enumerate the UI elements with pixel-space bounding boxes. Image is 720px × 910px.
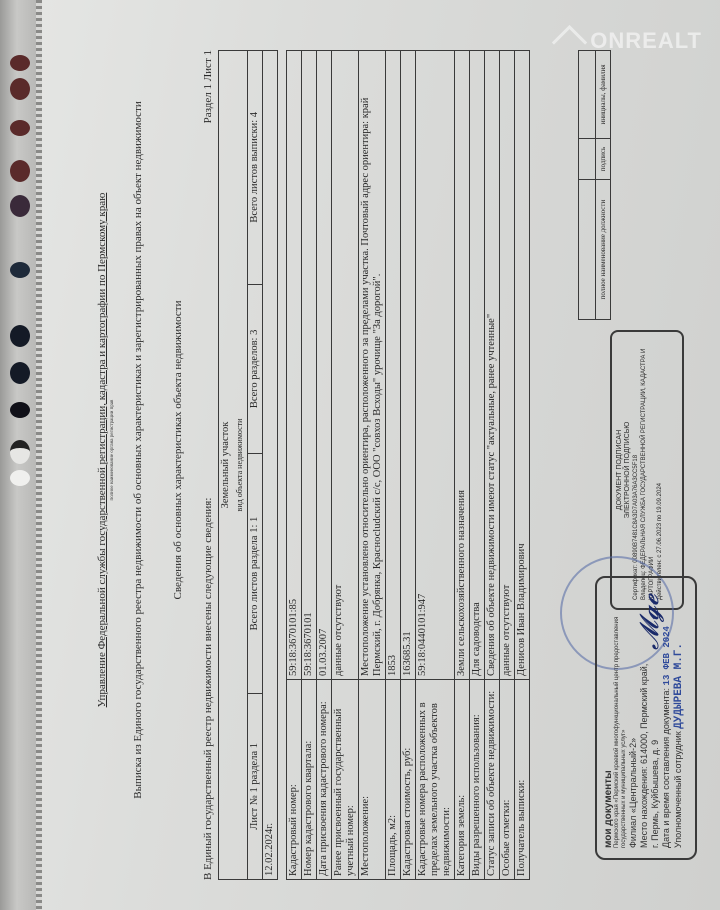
- row-label: Кадастровая стоимость, руб:: [401, 680, 416, 880]
- punch-hole: [10, 262, 30, 278]
- extract-date: 12.02.2024г.: [263, 51, 278, 880]
- row-value: Местоположение установлено относительно …: [359, 51, 386, 680]
- punch-hole: [10, 55, 30, 71]
- table-row: Площадь, м2:1853: [386, 51, 401, 880]
- table-row: Особые отметки:данные отсутствуют: [500, 51, 515, 880]
- punch-hole: [10, 402, 30, 418]
- row-label: Площадь, м2:: [386, 680, 401, 880]
- row-label: Виды разрешенного использования:: [470, 680, 485, 880]
- punch-hole: [10, 160, 30, 182]
- name-caption: инициалы, фамилия: [596, 51, 611, 139]
- row-value: 01.03.2007: [317, 51, 332, 680]
- row-value: данные отсутствуют: [332, 51, 359, 680]
- document-subtitle: Сведения об основных характеристиках объ…: [172, 20, 184, 880]
- row-label: Получатель выписки:: [515, 680, 530, 880]
- row-label: Местоположение:: [359, 680, 386, 880]
- mfc-logo: мои документы: [603, 588, 614, 848]
- row-label: Категория земель:: [455, 680, 470, 880]
- punch-hole: [10, 325, 30, 347]
- table-row: Кадастровые номера расположенных в преде…: [416, 51, 455, 880]
- row-label: Номер кадастрового квартала:: [302, 680, 317, 880]
- handwritten-signature: 𝓜𝓰𝓮: [635, 594, 666, 650]
- row-value: 59:18:3670101:85: [287, 51, 302, 680]
- row-label: Кадастровые номера расположенных в преде…: [416, 680, 455, 880]
- punch-hole: [10, 78, 30, 100]
- sections-total: Всего разделов: 3: [248, 284, 263, 454]
- sheets-in-section: Всего листов раздела 1: 1: [248, 454, 263, 694]
- row-value: 163685.31: [401, 51, 416, 680]
- table-row: Дата присвоения кадастрового номера:01.0…: [317, 51, 332, 880]
- row-label: Дата присвоения кадастрового номера:: [317, 680, 332, 880]
- position-caption: полное наименование должности: [596, 180, 611, 320]
- table-row: Получатель выписки:Денисов Иван Владимир…: [515, 51, 530, 880]
- row-value: 59:18:0440101:947: [416, 51, 455, 680]
- punch-hole: [10, 362, 30, 384]
- row-value: Земли сельскохозяйственного назначения: [455, 51, 470, 680]
- binder-strip: [0, 0, 42, 910]
- punch-hole: [10, 440, 30, 464]
- object-type-caption: вид объекта недвижимости: [233, 51, 248, 880]
- section-label: Раздел 1 Лист 1: [202, 50, 214, 123]
- signature-table: полное наименование должности подпись ин…: [578, 50, 611, 320]
- sheet-number: Лист № 1 раздела 1: [248, 693, 263, 879]
- punch-hole: [10, 470, 30, 486]
- table-row: Местоположение:Местоположение установлен…: [359, 51, 386, 880]
- row-label: Ранее присвоенный государственный учетны…: [332, 680, 359, 880]
- object-type: Земельный участок: [219, 51, 234, 880]
- punch-hole: [10, 120, 30, 136]
- header-table: Земельный участок вид объекта недвижимос…: [218, 50, 278, 880]
- table-row: Номер кадастрового квартала:59:18:367010…: [302, 51, 317, 880]
- row-value: Денисов Иван Владимирович: [515, 51, 530, 680]
- table-row: Ранее присвоенный государственный учетны…: [332, 51, 359, 880]
- table-row: Статус записи об объекте недвижимости:Св…: [485, 51, 500, 880]
- punch-hole: [10, 195, 30, 217]
- row-label: Кадастровый номер:: [287, 680, 302, 880]
- officer-stamp: ДУДЫРЕВА М.Г.: [673, 643, 685, 729]
- table-row: Кадастровая стоимость, руб:163685.31: [401, 51, 416, 880]
- row-value: данные отсутствуют: [500, 51, 515, 680]
- row-value: Для садоводства: [470, 51, 485, 680]
- table-row: Кадастровый номер:59:18:3670101:85: [287, 51, 302, 880]
- authority-name: Управление Федеральной службы государств…: [96, 20, 108, 880]
- table-row: Виды разрешенного использования:Для садо…: [470, 51, 485, 880]
- row-value: Сведения об объекте недвижимости имеют с…: [485, 51, 500, 680]
- authority-caption: полное наименование органа регистрации п…: [110, 20, 115, 880]
- intro-text: В Единый государственный реестр недвижим…: [202, 498, 214, 880]
- row-value: 59:18:3670101: [302, 51, 317, 680]
- row-label: Статус записи об объекте недвижимости:: [485, 680, 500, 880]
- table-row: Категория земель:Земли сельскохозяйствен…: [455, 51, 470, 880]
- row-value: 1853: [386, 51, 401, 680]
- row-label: Особые отметки:: [500, 680, 515, 880]
- document-title: Выписка из Единого государственного реес…: [132, 20, 144, 880]
- sheets-total: Всего листов выписки: 4: [248, 51, 263, 285]
- sign-caption: подпись: [596, 138, 611, 179]
- property-table: Кадастровый номер:59:18:3670101:85Номер …: [286, 50, 530, 880]
